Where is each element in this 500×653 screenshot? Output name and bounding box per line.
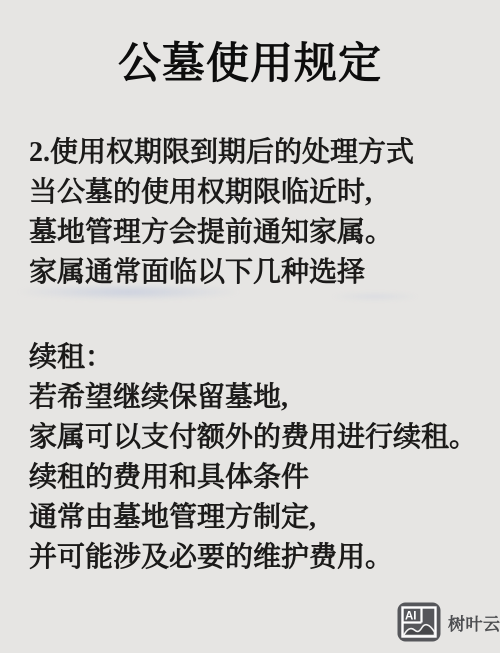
intro-line: 当公墓的使用权期限临近时, (29, 173, 490, 213)
renewal-line: 续租的费用和具体条件 (29, 458, 490, 498)
brand-name: 树叶云 (448, 610, 500, 635)
intro-paragraph: 2.使用权期限到期后的处理方式 当公墓的使用权期限临近时, 墓地管理方会提前通知… (29, 133, 490, 293)
renewal-line: 通常由墓地管理方制定, (29, 498, 490, 538)
renewal-heading: 续租： (29, 338, 490, 378)
intro-line: 墓地管理方会提前通知家属。 (29, 213, 490, 253)
renewal-paragraph: 续租： 若希望继续保留墓地, 家属可以支付额外的费用进行续租。 续租的费用和具体… (29, 338, 490, 578)
page-title: 公墓使用规定 (0, 41, 500, 88)
renewal-line: 若希望继续保留墓地, (29, 378, 490, 418)
brand-watermark: AI 树叶云 (397, 602, 500, 642)
poster-canvas: 公墓使用规定 2.使用权期限到期后的处理方式 当公墓的使用权期限临近时, 墓地管… (0, 0, 500, 653)
intro-line: 家属通常面临以下几种选择 (29, 253, 490, 293)
renewal-line: 并可能涉及必要的维护费用。 (29, 538, 490, 578)
ai-icon-label: AI (405, 611, 417, 623)
ai-image-icon: AI (397, 602, 441, 642)
renewal-line: 家属可以支付额外的费用进行续租。 (29, 418, 490, 458)
section-heading: 2.使用权期限到期后的处理方式 (29, 133, 490, 173)
scan-smudge-artifact (330, 292, 420, 301)
